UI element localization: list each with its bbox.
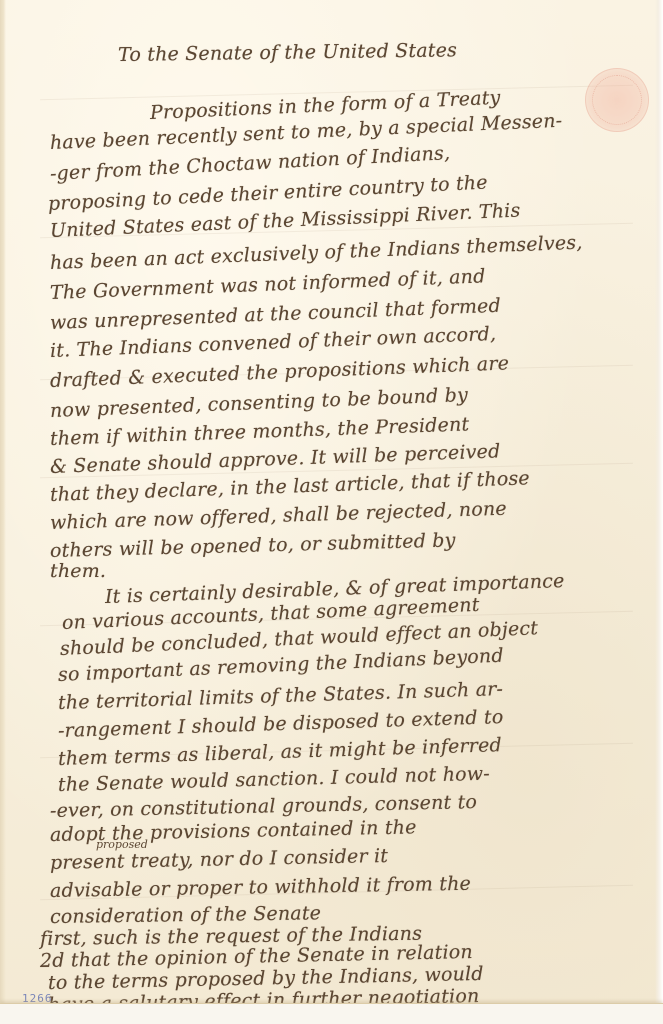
page-right-edge bbox=[655, 0, 663, 1006]
manuscript-line: advisable or proper to withhold it from … bbox=[50, 873, 471, 902]
manuscript-line: them. bbox=[50, 560, 106, 582]
page-bottom-margin bbox=[0, 1003, 663, 1024]
interlinear-insertion: proposed bbox=[96, 838, 148, 851]
manuscript-line: others will be opened to, or submitted b… bbox=[50, 529, 456, 562]
manuscript-page: To the Senate of the United States Propo… bbox=[0, 0, 663, 1024]
page-left-edge bbox=[0, 0, 6, 1006]
archival-seal-ring bbox=[592, 75, 642, 125]
document-heading: To the Senate of the United States bbox=[118, 39, 457, 66]
